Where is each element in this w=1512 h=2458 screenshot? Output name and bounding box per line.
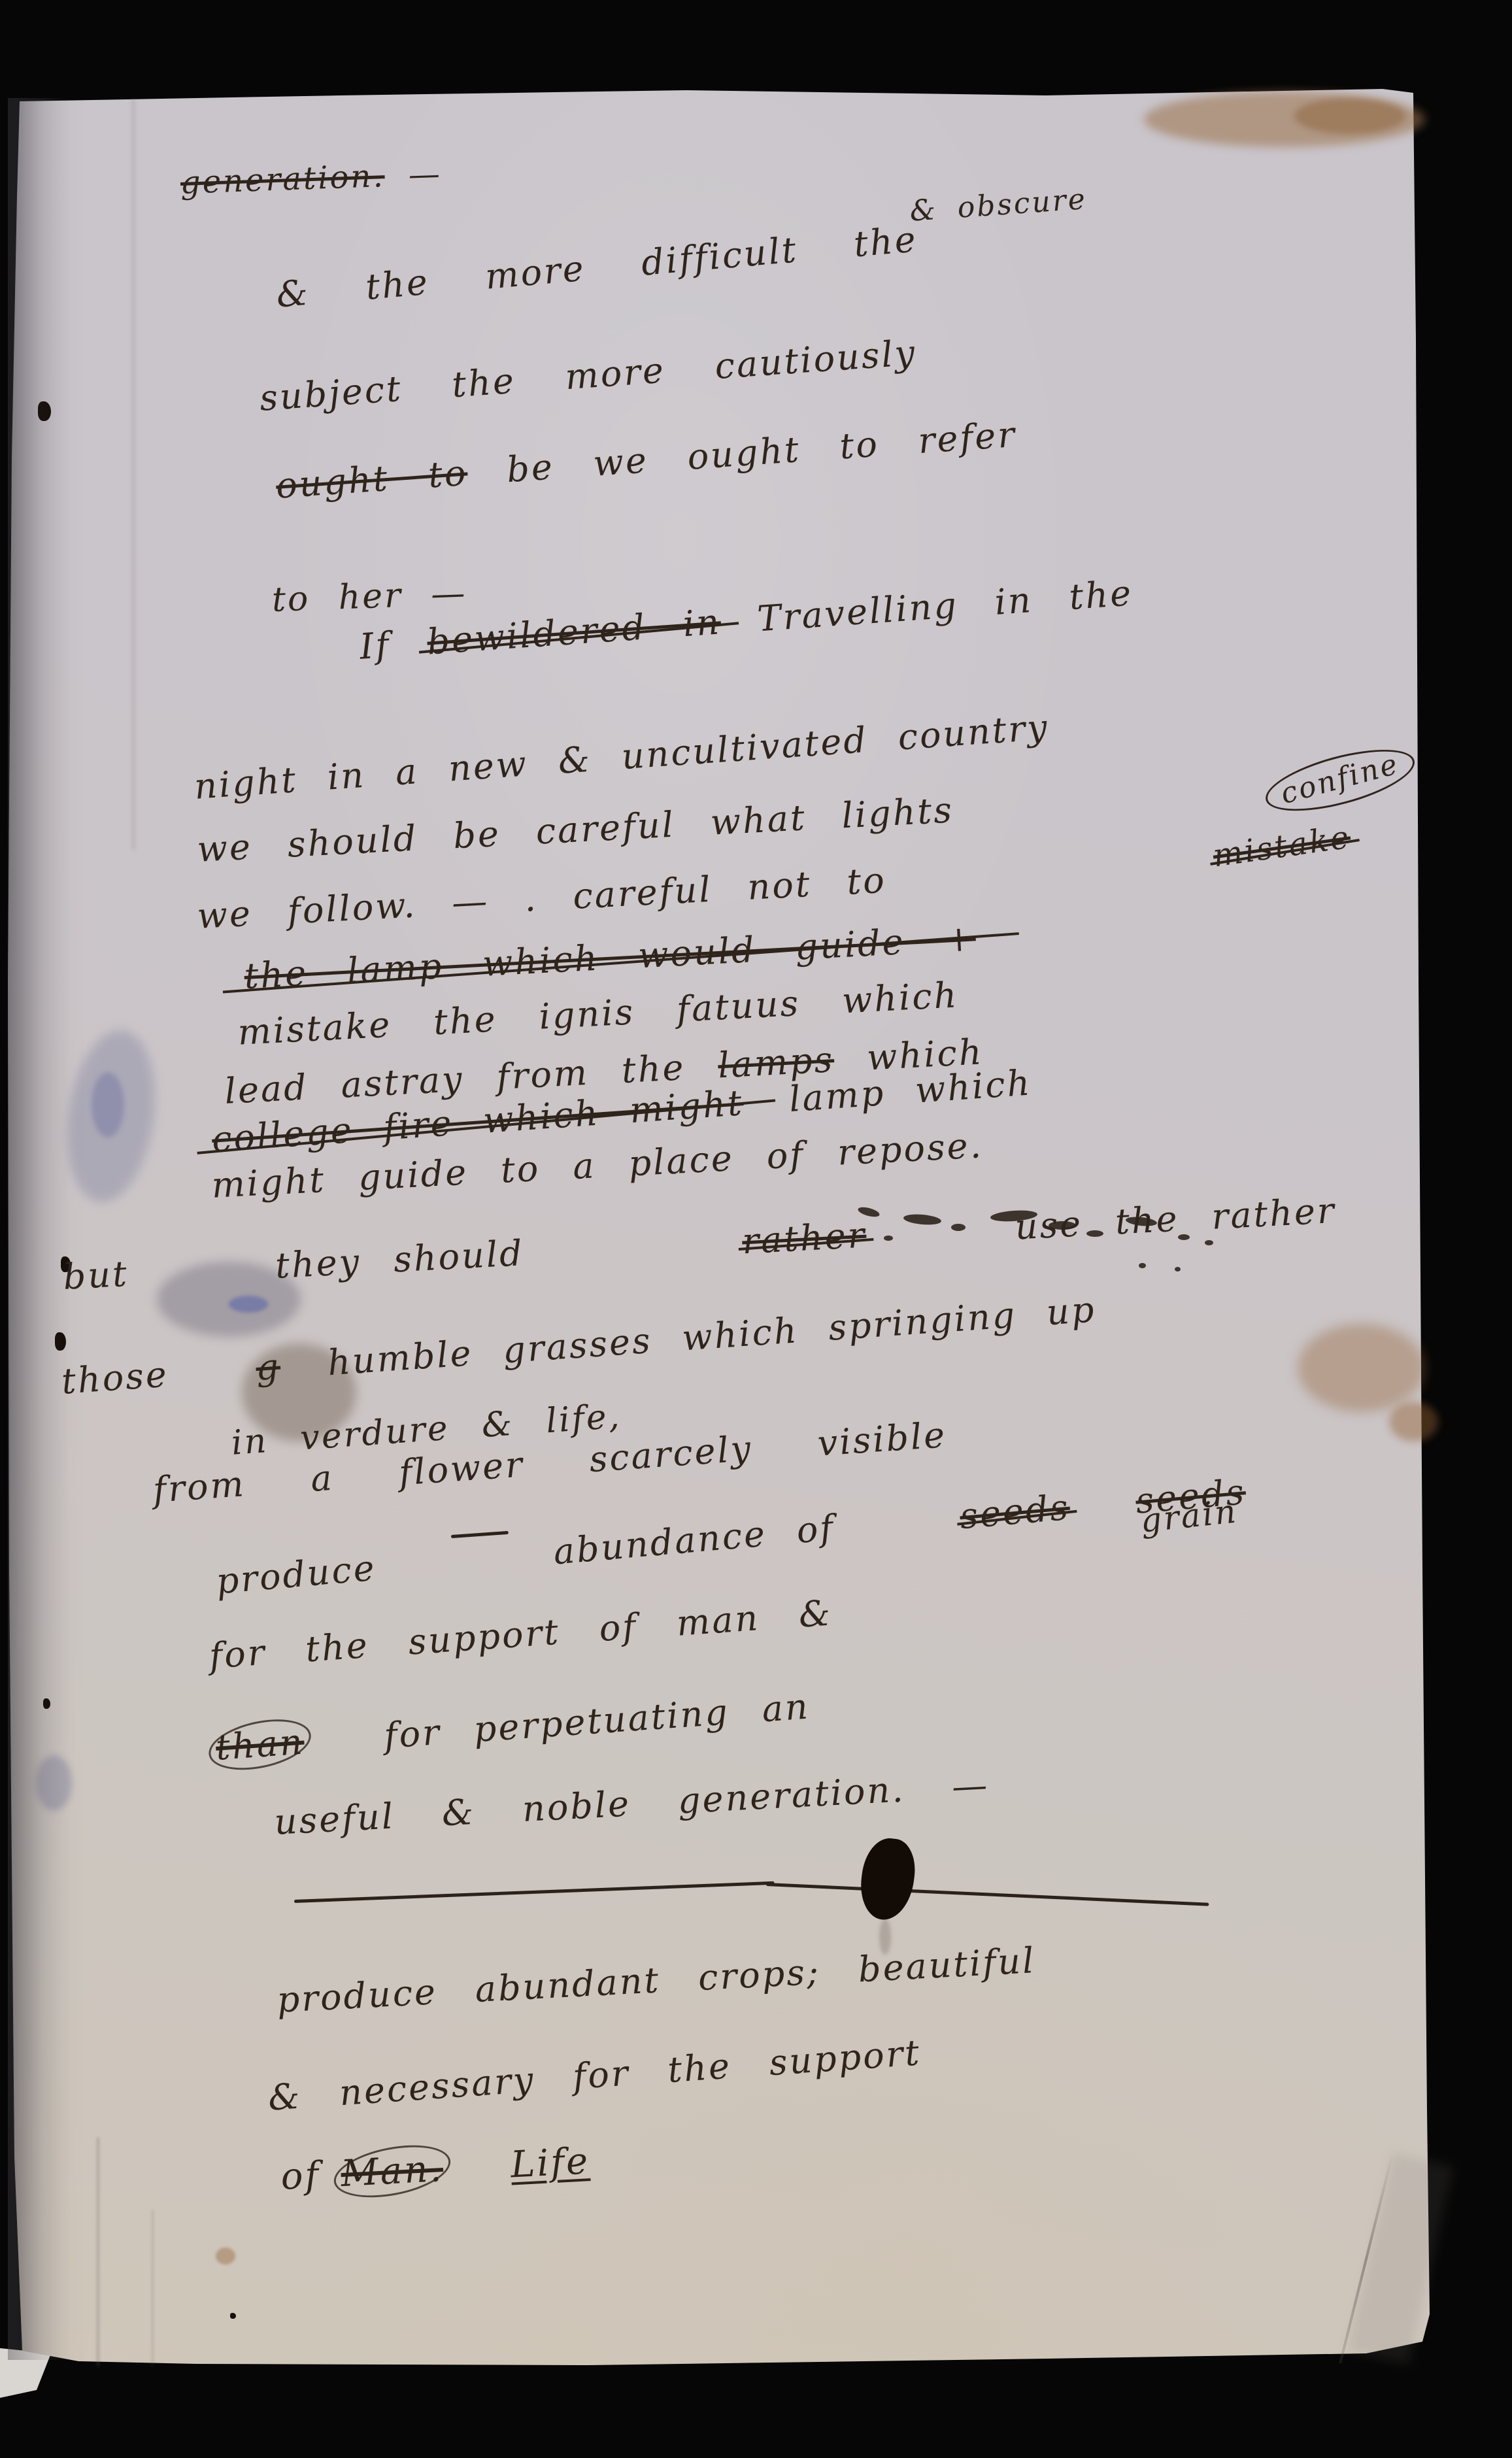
scribbled-word: than: [214, 1721, 306, 1768]
bottom-tan-fleck: [216, 2248, 235, 2264]
right-foxing-stain-small: [1389, 1402, 1438, 1441]
struck-word: seeds: [958, 1487, 1072, 1537]
binding-gutter-shadow: [8, 98, 70, 2360]
top-edge-stain-dark: [1294, 98, 1405, 134]
line-text: If: [358, 622, 429, 667]
edge-speck: [55, 1332, 66, 1351]
struck-letter: g: [254, 1346, 282, 1389]
photographed-manuscript: generation. — & obscure & the more diffi…: [0, 0, 1512, 2458]
vertical-fold-line: [132, 98, 135, 850]
bottom-fold-line-2: [152, 2210, 154, 2366]
edge-speck: [38, 401, 51, 421]
line-text: to her —: [271, 574, 467, 620]
right-foxing-stain: [1298, 1324, 1425, 1412]
bottom-fold-line: [97, 2138, 99, 2366]
edge-speck: [43, 1698, 50, 1709]
ink-smudge-dot: [1139, 1263, 1146, 1268]
line-text: those: [60, 1354, 170, 1402]
line-text: —: [384, 156, 443, 194]
struck-word: seeds: [1134, 1471, 1248, 1521]
left-blue-smudge-core: [92, 1072, 124, 1137]
line-text: of: [280, 2154, 322, 2198]
ink-smudge-dot: [1175, 1267, 1181, 1271]
left-blue-mark-small: [36, 1755, 72, 1811]
struck-word: rather: [741, 1215, 867, 1262]
edge-speck: [230, 2313, 236, 2319]
struck-word: generation.: [180, 158, 385, 201]
handwritten-line: to her —: [271, 574, 467, 620]
scribbled-word: Man.: [340, 2147, 445, 2195]
smudged-word: but: [62, 1253, 129, 1298]
underlined-word: Life: [510, 2140, 591, 2186]
